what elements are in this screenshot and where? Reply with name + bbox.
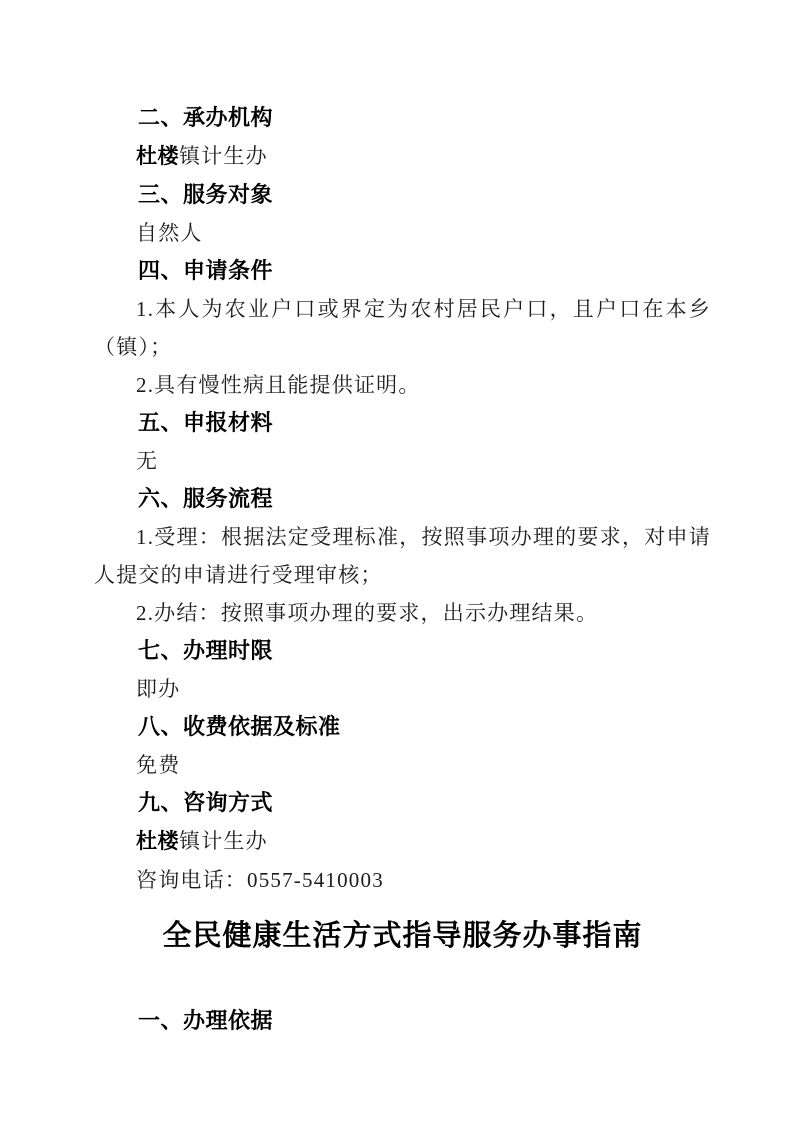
- org-line-2: 杜楼镇计生办: [94, 822, 711, 861]
- para-time-limit-immediate: 即办: [94, 670, 711, 708]
- para-process-acceptance: 1.受理：根据法定受理标准，按照事项办理的要求，对申请人提交的申请进行受理审核；: [94, 518, 711, 594]
- para-process-completion: 2.办结：按照事项办理的要求，出示办理结果。: [94, 594, 711, 632]
- org-name-rest: 镇计生办: [179, 144, 268, 168]
- document-page: 二、承办机构 杜楼镇计生办 三、服务对象 自然人 四、申请条件 1.本人为农业户…: [0, 0, 793, 1122]
- heading-time-limit: 七、办理时限: [94, 632, 711, 670]
- para-natural-person: 自然人: [94, 214, 711, 252]
- org-name-bold-2: 杜楼: [136, 830, 179, 853]
- heading-service-target: 三、服务对象: [94, 176, 711, 214]
- para-condition-2: 2.具有慢性病且能提供证明。: [94, 366, 711, 404]
- para-condition-1: 1.本人为农业户口或界定为农村居民户口，且户口在本乡（镇）；: [94, 290, 711, 366]
- org-line: 杜楼镇计生办: [94, 137, 711, 176]
- org-name-rest-2: 镇计生办: [179, 829, 268, 853]
- para-consultation-phone: 咨询电话：0557-5410003: [94, 861, 711, 899]
- heading-service-process: 六、服务流程: [94, 480, 711, 518]
- heading-fee-basis: 八、收费依据及标准: [94, 708, 711, 746]
- para-fee-free: 免费: [94, 746, 711, 784]
- org-name-bold: 杜楼: [136, 145, 179, 168]
- heading-agency: 二、承办机构: [94, 99, 711, 137]
- doc-title: 全民健康生活方式指导服务办事指南: [94, 917, 711, 955]
- document-body: 二、承办机构 杜楼镇计生办 三、服务对象 自然人 四、申请条件 1.本人为农业户…: [94, 99, 711, 1040]
- heading-application-conditions: 四、申请条件: [94, 252, 711, 290]
- heading-consultation-method: 九、咨询方式: [94, 784, 711, 822]
- heading-handling-basis: 一、办理依据: [94, 1002, 711, 1040]
- para-materials-none: 无: [94, 442, 711, 480]
- heading-application-materials: 五、申报材料: [94, 404, 711, 442]
